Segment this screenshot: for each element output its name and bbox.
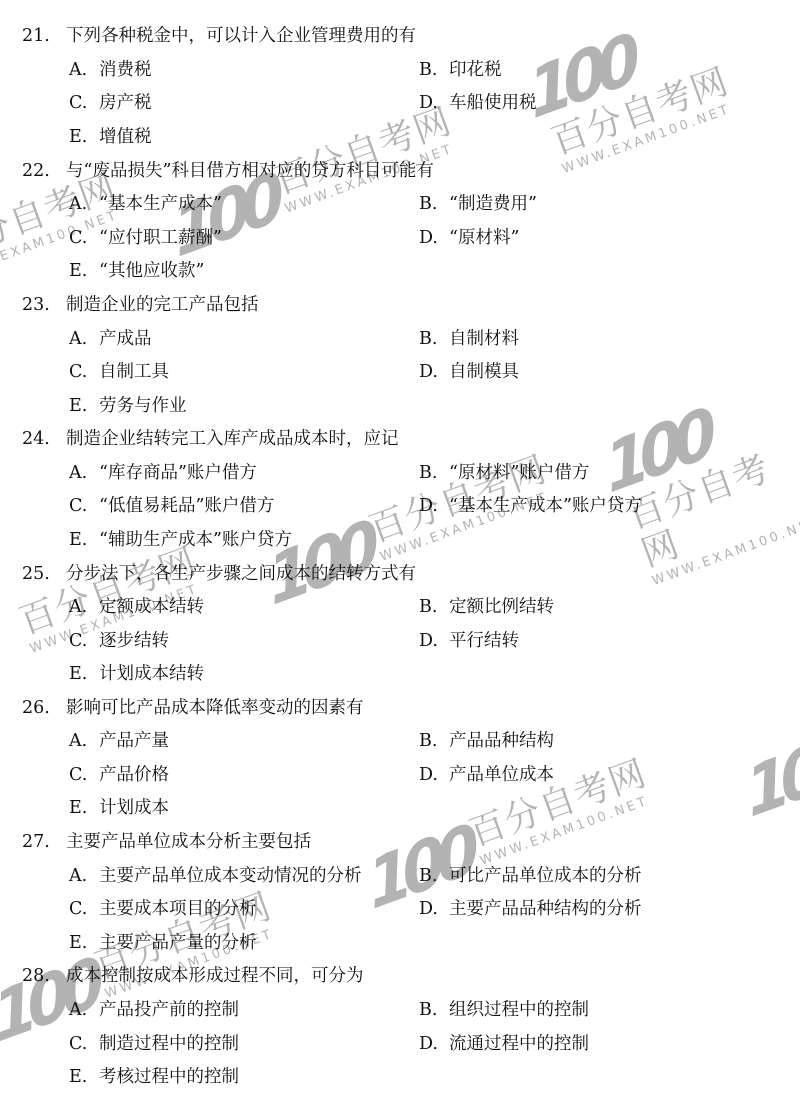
- option-d: D.“原材料”: [419, 227, 519, 249]
- watermark: 100百分自考网WWW.EXAM100.NET: [595, 377, 800, 592]
- option-a: A.消费税: [69, 59, 152, 81]
- option-d: D.车船使用税: [419, 92, 537, 114]
- option-e: E.“辅助生产成本”账户贷方: [69, 529, 292, 551]
- option-c: C.“低值易耗品”账户借方: [69, 495, 274, 517]
- question-number: 22.: [22, 160, 66, 182]
- question-22: 22.与“废品损失”科目借方相对应的贷方科目可能有: [22, 160, 434, 182]
- option-c: C.“应付职工薪酬”: [69, 227, 222, 249]
- watermark-name: 百分自考网: [269, 102, 457, 203]
- option-a: A.产品产量: [69, 730, 169, 752]
- option-d: D.平行结转: [419, 630, 519, 652]
- watermark: 100百分自考网WWW.EXAM100.NET: [518, 0, 785, 180]
- option-d: D.产品单位成本: [419, 764, 554, 786]
- watermark-logo: 100: [601, 401, 712, 505]
- question-stem: 制造企业的完工产品包括: [66, 295, 259, 315]
- watermark-name: 百分自考网: [14, 542, 202, 643]
- question-26: 26.影响可比产品成本降低率变动的因素有: [22, 697, 364, 719]
- question-21: 21.下列各种税金中，可以计入企业管理费用的有: [22, 25, 416, 47]
- watermark-url: WWW.EXAM100.NET: [560, 100, 739, 178]
- watermark-url: WWW.EXAM100.NET: [650, 514, 800, 590]
- question-number: 21.: [22, 25, 66, 47]
- option-c: C.制造过程中的控制: [69, 1033, 239, 1055]
- question-28: 28.成本控制按成本形成过程不同，可分为: [22, 965, 364, 987]
- option-e: E.考核过程中的控制: [69, 1066, 239, 1088]
- option-a: A.“基本生产成本”: [69, 193, 222, 215]
- question-number: 27.: [22, 831, 66, 853]
- option-c: C.逐步结转: [69, 630, 169, 652]
- option-d: D.流通过程中的控制: [419, 1033, 589, 1055]
- option-a: A.“库存商品”账户借方: [69, 462, 257, 484]
- option-d: D.主要产品品种结构的分析: [419, 898, 642, 920]
- option-e: E.计划成本结转: [69, 663, 204, 685]
- option-a: A.产成品: [69, 328, 152, 350]
- watermark-logo: 100: [742, 725, 800, 829]
- option-a: A.产品投产前的控制: [69, 999, 239, 1021]
- watermark-name: 百分自考网: [0, 168, 122, 269]
- question-27: 27.主要产品单位成本分析主要包括: [22, 831, 311, 853]
- option-e: E.“其他应收款”: [69, 260, 204, 282]
- question-stem: 影响可比产品成本降低率变动的因素有: [66, 698, 364, 718]
- option-e: E.增值税: [69, 126, 152, 148]
- option-b: B.“制造费用”: [419, 193, 537, 215]
- question-stem: 成本控制按成本形成过程不同，可分为: [66, 966, 364, 986]
- question-number: 25.: [22, 563, 66, 585]
- question-stem: 下列各种税金中，可以计入企业管理费用的有: [66, 26, 416, 46]
- exam-page: 100百分自考网WWW.EXAM100.NET 100百分自考网WWW.EXAM…: [0, 0, 800, 1107]
- watermark-logo: 100: [525, 26, 636, 130]
- question-number: 28.: [22, 965, 66, 987]
- watermark: 100: [735, 727, 800, 826]
- question-25: 25.分步法下，各生产步骤之间成本的结转方式有: [22, 563, 416, 585]
- option-b: B.组织过程中的控制: [419, 999, 589, 1021]
- question-stem: 主要产品单位成本分析主要包括: [66, 832, 311, 852]
- option-e: E.主要产品产量的分析: [69, 932, 257, 954]
- option-b: B.“原材料”账户借方: [419, 462, 589, 484]
- question-number: 26.: [22, 697, 66, 719]
- option-c: C.产品价格: [69, 764, 169, 786]
- option-d: D.“基本生产成本”账户贷方: [419, 495, 642, 517]
- watermark-name: 百分自考网: [546, 62, 734, 163]
- option-e: E.计划成本: [69, 797, 169, 819]
- question-23: 23.制造企业的完工产品包括: [22, 294, 259, 316]
- question-24: 24.制造企业结转完工入库产成品成本时，应记: [22, 428, 399, 450]
- option-e: E.劳务与作业: [69, 395, 187, 417]
- option-b: B.可比产品单位成本的分析: [419, 865, 642, 887]
- watermark-name: 百分自考网: [623, 439, 800, 575]
- option-a: A.定额成本结转: [69, 596, 204, 618]
- option-d: D.自制模具: [419, 361, 519, 383]
- option-c: C.主要成本项目的分析: [69, 898, 257, 920]
- question-number: 24.: [22, 428, 66, 450]
- option-b: B.定额比例结转: [419, 596, 554, 618]
- option-c: C.自制工具: [69, 361, 169, 383]
- question-stem: 分步法下，各生产步骤之间成本的结转方式有: [66, 564, 416, 584]
- option-c: C.房产税: [69, 92, 152, 114]
- question-stem: 制造企业结转完工入库产成品成本时，应记: [66, 429, 399, 449]
- option-b: B.自制材料: [419, 328, 519, 350]
- option-a: A.主要产品单位成本变动情况的分析: [69, 865, 362, 887]
- watermark-url: WWW.EXAM100.NET: [478, 791, 657, 869]
- option-b: B.产品品种结构: [419, 730, 554, 752]
- question-stem: 与“废品损失”科目借方相对应的贷方科目可能有: [66, 161, 434, 181]
- question-number: 23.: [22, 294, 66, 316]
- option-b: B.印花税: [419, 59, 502, 81]
